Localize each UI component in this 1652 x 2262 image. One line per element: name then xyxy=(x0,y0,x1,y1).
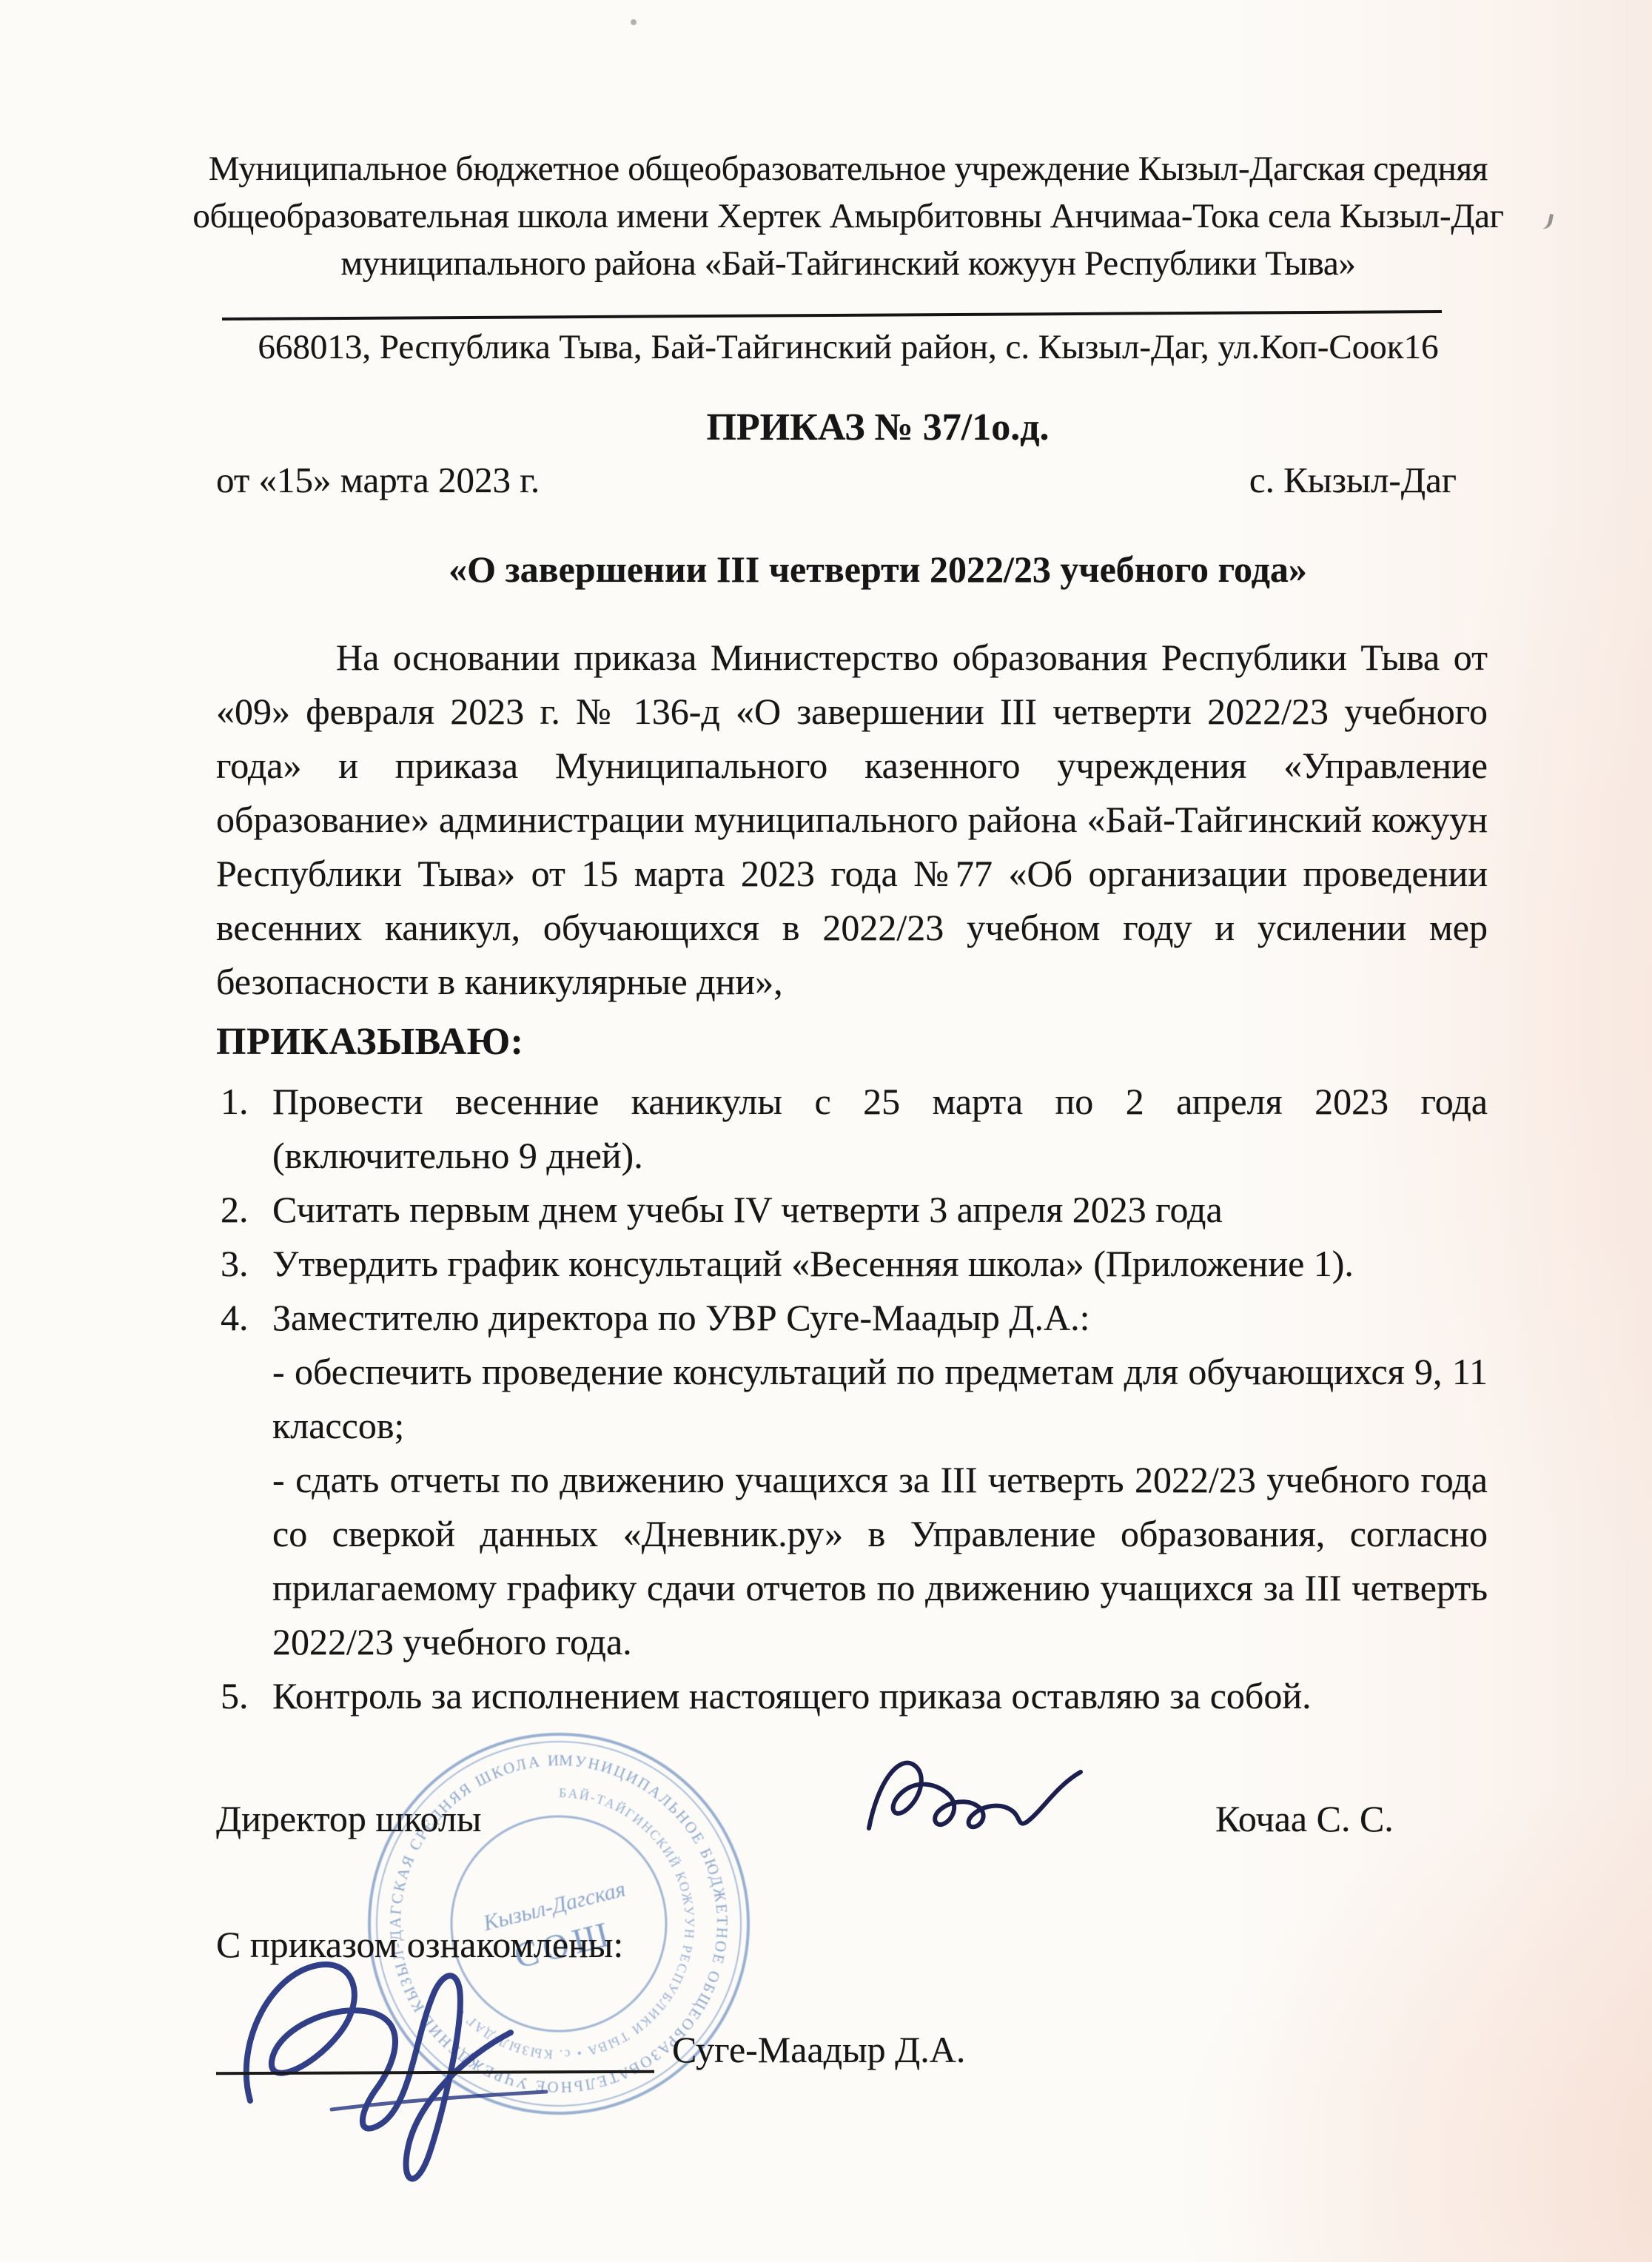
director-name: Кочаа С. С. xyxy=(1215,1797,1394,1840)
item-number: 5. xyxy=(221,1669,249,1723)
acknowledgement-signature xyxy=(221,1916,591,2197)
list-item: 1. Провести весенние каникулы с 25 марта… xyxy=(216,1075,1488,1183)
list-item: 5. Контроль за исполнением настоящего пр… xyxy=(216,1669,1488,1723)
resolve-label: ПРИКАЗЫВАЮ: xyxy=(216,1020,523,1064)
letterhead: Муниципальное бюджетное общеобразователь… xyxy=(182,145,1514,287)
order-title: ПРИКАЗ № 37/1о.д. xyxy=(160,406,1596,449)
item-text: Провести весенние каникулы с 25 марта по… xyxy=(272,1081,1488,1176)
order-subject: «О завершении III четверти 2022/23 учебн… xyxy=(160,548,1596,591)
list-item: 4. Заместителю директора по УВР Суге-Маа… xyxy=(216,1291,1488,1669)
order-place: с. Кызыл-Даг xyxy=(1249,459,1457,501)
date-place-row: от «15» марта 2023 г. с. Кызыл-Даг xyxy=(216,459,1457,501)
scanned-order-document: Муниципальное бюджетное общеобразователь… xyxy=(0,0,1652,2262)
director-signature xyxy=(856,1741,1107,1852)
director-label: Директор школы xyxy=(216,1797,482,1840)
list-item: 2. Считать первым днем учебы IV четверти… xyxy=(216,1183,1488,1237)
order-date: от «15» марта 2023 г. xyxy=(216,459,540,501)
letterhead-address: 668013, Республика Тыва, Бай-Тайгинский … xyxy=(182,327,1514,367)
scan-speck-dot xyxy=(631,19,637,25)
letterhead-line-2: общеобразовательная школа имени Хертек А… xyxy=(182,192,1514,240)
item-text: Заместителю директора по УВР Суге-Маадыр… xyxy=(272,1297,1089,1338)
item-number: 2. xyxy=(221,1183,249,1237)
item-text: Контроль за исполнением настоящего прика… xyxy=(272,1675,1312,1716)
scan-speck-comma xyxy=(1539,212,1554,231)
letterhead-line-3: муниципального района «Бай-Тайгинский ко… xyxy=(182,240,1514,287)
letterhead-divider xyxy=(222,310,1442,320)
list-item: 3. Утвердить график консультаций «Весенн… xyxy=(216,1237,1488,1291)
order-preamble: На основании приказа Министерство образо… xyxy=(216,631,1488,1009)
letterhead-line-1: Муниципальное бюджетное общеобразователь… xyxy=(182,145,1514,192)
list-subitem: - обеспечить проведение консультаций по … xyxy=(272,1345,1488,1453)
item-number: 4. xyxy=(221,1291,249,1345)
item-number: 1. xyxy=(221,1075,249,1129)
directives-list: 1. Провести весенние каникулы с 25 марта… xyxy=(216,1075,1488,1723)
acknowledgement-name: Суге-Маадыр Д.А. xyxy=(672,2028,965,2071)
item-number: 3. xyxy=(221,1237,249,1291)
item-text: Считать первым днем учебы IV четверти 3 … xyxy=(272,1189,1223,1230)
list-subitem: - сдать отчеты по движению учащихся за I… xyxy=(272,1453,1488,1669)
item-text: Утвердить график консультаций «Весенняя … xyxy=(272,1243,1354,1284)
